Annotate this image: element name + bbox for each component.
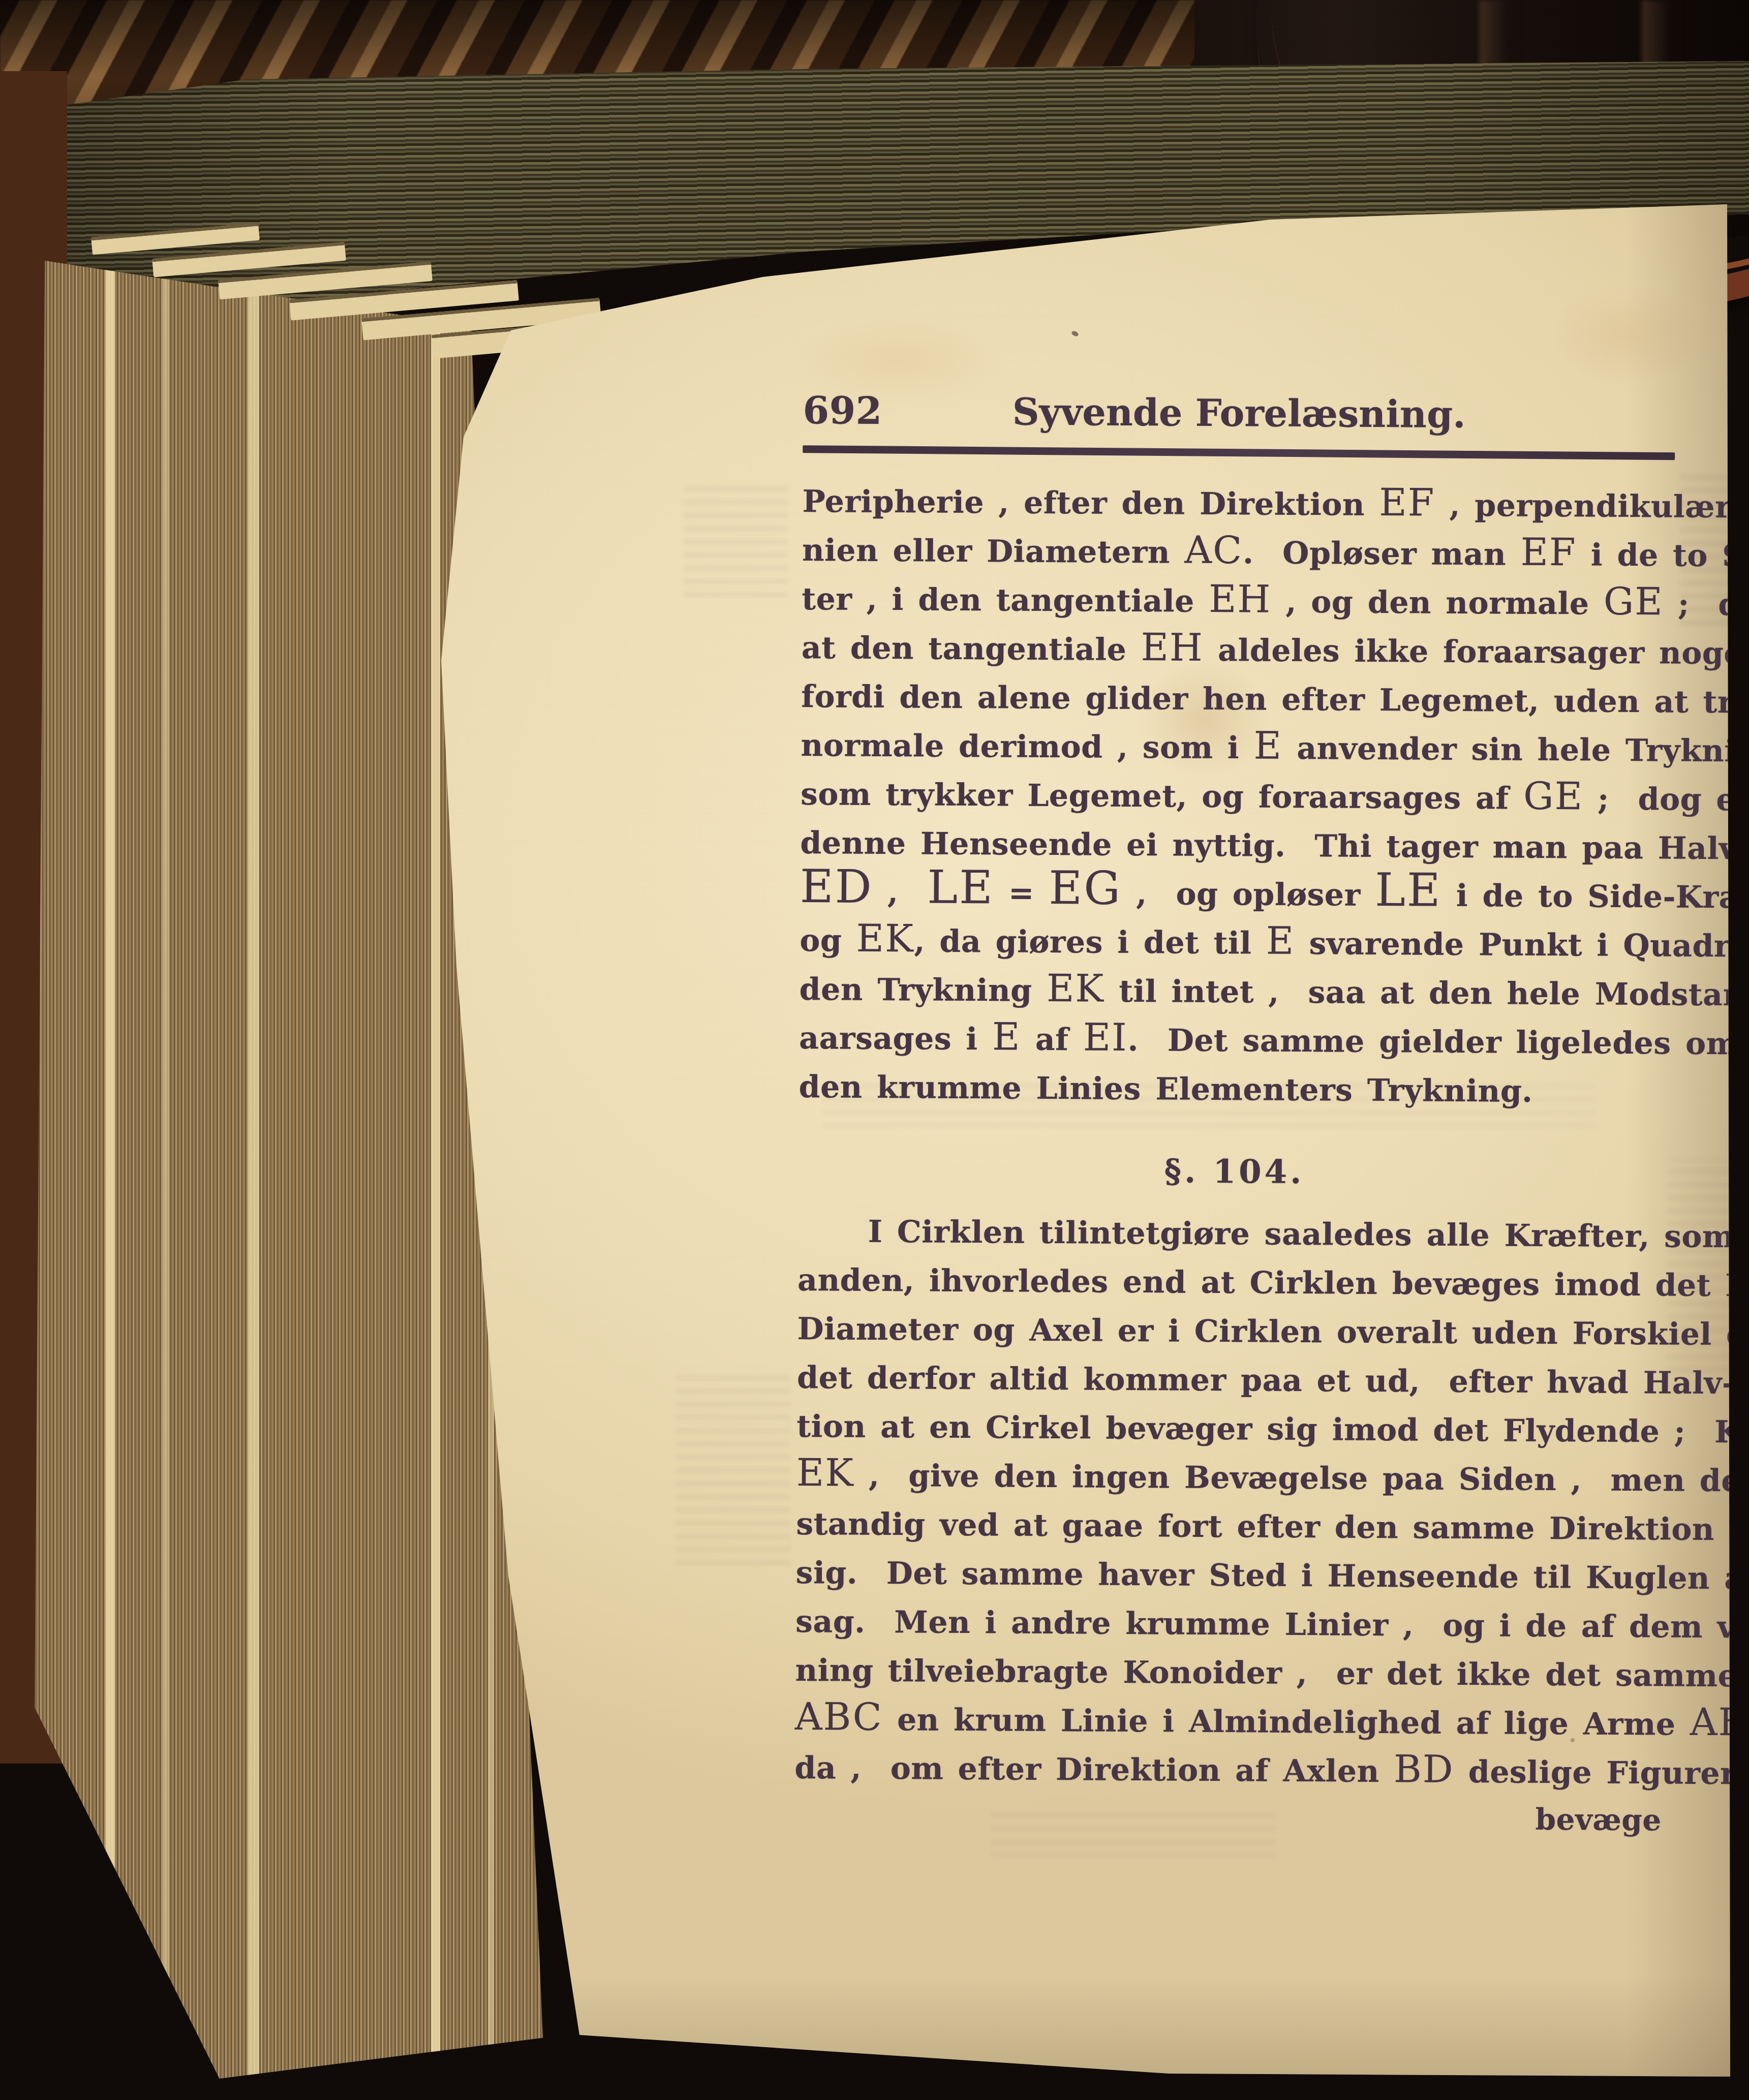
text-line: sig. Det samme haver Sted i Henseende ti…: [795, 1549, 1668, 1602]
text-line: nien eller Diametern AC. Opløser man EF …: [802, 526, 1675, 580]
catchword: bevæge: [1535, 1802, 1662, 1838]
page-header: 692 Syvende Forelæsning.: [803, 385, 1675, 449]
text-line: at den tangentiale EH aldeles ikke foraa…: [802, 624, 1674, 677]
text-line: og EK, da giøres i det til E svarende Pu…: [800, 916, 1672, 970]
show-through-text: [676, 1367, 790, 1565]
text-line: standig ved at gaae fort efter den samme…: [796, 1500, 1669, 1554]
text-line: den krumme Linies Elementers Trykning.: [799, 1063, 1671, 1117]
text-line: EK , give den ingen Bevægelse paa Siden …: [796, 1451, 1669, 1505]
text-line: ter , i den tangentiale EH , og den norm…: [802, 575, 1674, 629]
paper-stain: [1550, 285, 1703, 386]
show-through-text: [684, 480, 788, 597]
text-line: aarsages i E af EI. Det samme gielder li…: [799, 1014, 1672, 1068]
section-heading: §. 104.: [798, 1145, 1671, 1199]
text-line: tion at en Cirkel bevæger sig imod det F…: [796, 1402, 1669, 1456]
text-line: sag. Men i andre krumme Linier , og i de…: [795, 1597, 1668, 1651]
text-line: ABC en krum Linie i Almindelighed af lig…: [795, 1695, 1668, 1749]
text-line: ning tilveiebragte Konoider , er det ikk…: [795, 1646, 1668, 1700]
page-number: 692: [803, 385, 882, 437]
text-block: 692 Syvende Forelæsning. Peripherie , ef…: [794, 385, 1675, 1842]
text-line: Diameter og Axel er i Cirklen overalt ud…: [797, 1305, 1670, 1358]
text-line: Peripherie , efter den Direktion EF , pe…: [802, 477, 1675, 531]
text-line: det derfor altid kommer paa et ud, efter…: [797, 1353, 1670, 1407]
text-line: som trykker Legemet, og foraarsages af G…: [801, 770, 1673, 824]
catchword-row: bevæge: [794, 1793, 1667, 1842]
book-photo: 692 Syvende Forelæsning. Peripherie , ef…: [0, 0, 1749, 2100]
text-line: normale derimod , som i E anvender sin h…: [801, 721, 1673, 775]
text-line: ED , LE = EG , og opløser LE i de to Sid…: [800, 868, 1673, 921]
ink-speck: [1071, 330, 1079, 337]
text-line: den Trykning EK til intet , saa at den h…: [799, 965, 1672, 1019]
text-line: fordi den alene glider hen efter Legemet…: [801, 672, 1674, 726]
text-line: I Cirklen tilintetgiøre saaledes alle Kr…: [798, 1207, 1671, 1261]
running-title: Syvende Forelæsning.: [1012, 387, 1465, 440]
text-line: anden, ihvorledes end at Cirklen bevæges…: [797, 1256, 1670, 1310]
text-line: da , om efter Direktion af Axlen BD desl…: [794, 1744, 1667, 1798]
